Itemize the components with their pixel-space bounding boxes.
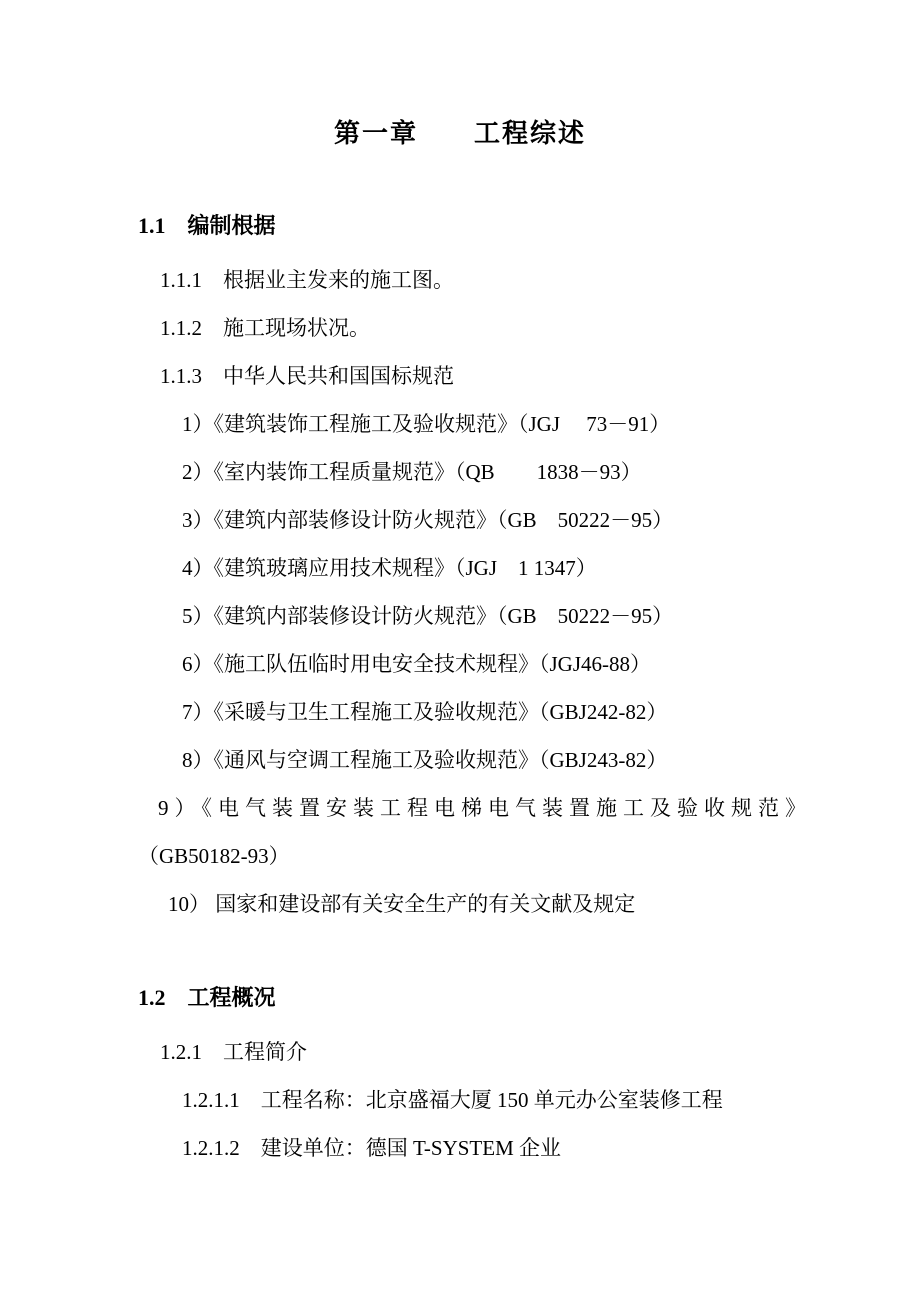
reference-item-6: 6）《施工队伍临时用电安全技术规程》（JGJ46-88） [0, 640, 920, 688]
reference-item-1: 1）《建筑装饰工程施工及验收规范》（JGJ 73－91） [0, 400, 920, 448]
clause-1-1-1: 1.1.1 根据业主发来的施工图。 [0, 256, 920, 304]
document-page: 第一章 工程综述 1.1 编制根据 1.1.1 根据业主发来的施工图。 1.1.… [0, 0, 920, 1302]
section-1-1-heading: 1.1 编制根据 [0, 208, 920, 244]
reference-item-3: 3）《建筑内部装修设计防火规范》（GB 50222－95） [0, 496, 920, 544]
clause-1-2-1: 1.2.1 工程简介 [0, 1028, 920, 1076]
section-1-2-heading: 1.2 工程概况 [0, 980, 920, 1016]
clause-1-1-2: 1.1.2 施工现场状况。 [0, 304, 920, 352]
clause-1-2-1-1-project-name: 1.2.1.1 工程名称：北京盛福大厦 150 单元办公室装修工程 [0, 1076, 920, 1124]
reference-item-10: 10） 国家和建设部有关安全生产的有关文献及规定 [0, 880, 920, 928]
reference-item-7: 7）《采暖与卫生工程施工及验收规范》（GBJ242-82） [0, 688, 920, 736]
clause-1-1-3: 1.1.3 中华人民共和国国标规范 [0, 352, 920, 400]
reference-item-5: 5）《建筑内部装修设计防火规范》（GB 50222－95） [0, 592, 920, 640]
chapter-title: 第一章 工程综述 [0, 0, 920, 152]
reference-item-9: 9）《电气装置安装工程电梯电气装置施工及验收规范》 [0, 784, 920, 832]
reference-item-9-code: （GB50182-93） [0, 832, 920, 880]
reference-item-4: 4）《建筑玻璃应用技术规程》（JGJ 1 1347） [0, 544, 920, 592]
clause-1-2-1-2-owner: 1.2.1.2 建设单位：德国 T-SYSTEM 企业 [0, 1124, 920, 1172]
reference-item-2: 2）《室内装饰工程质量规范》（QB 1838－93） [0, 448, 920, 496]
reference-item-8: 8）《通风与空调工程施工及验收规范》（GBJ243-82） [0, 736, 920, 784]
